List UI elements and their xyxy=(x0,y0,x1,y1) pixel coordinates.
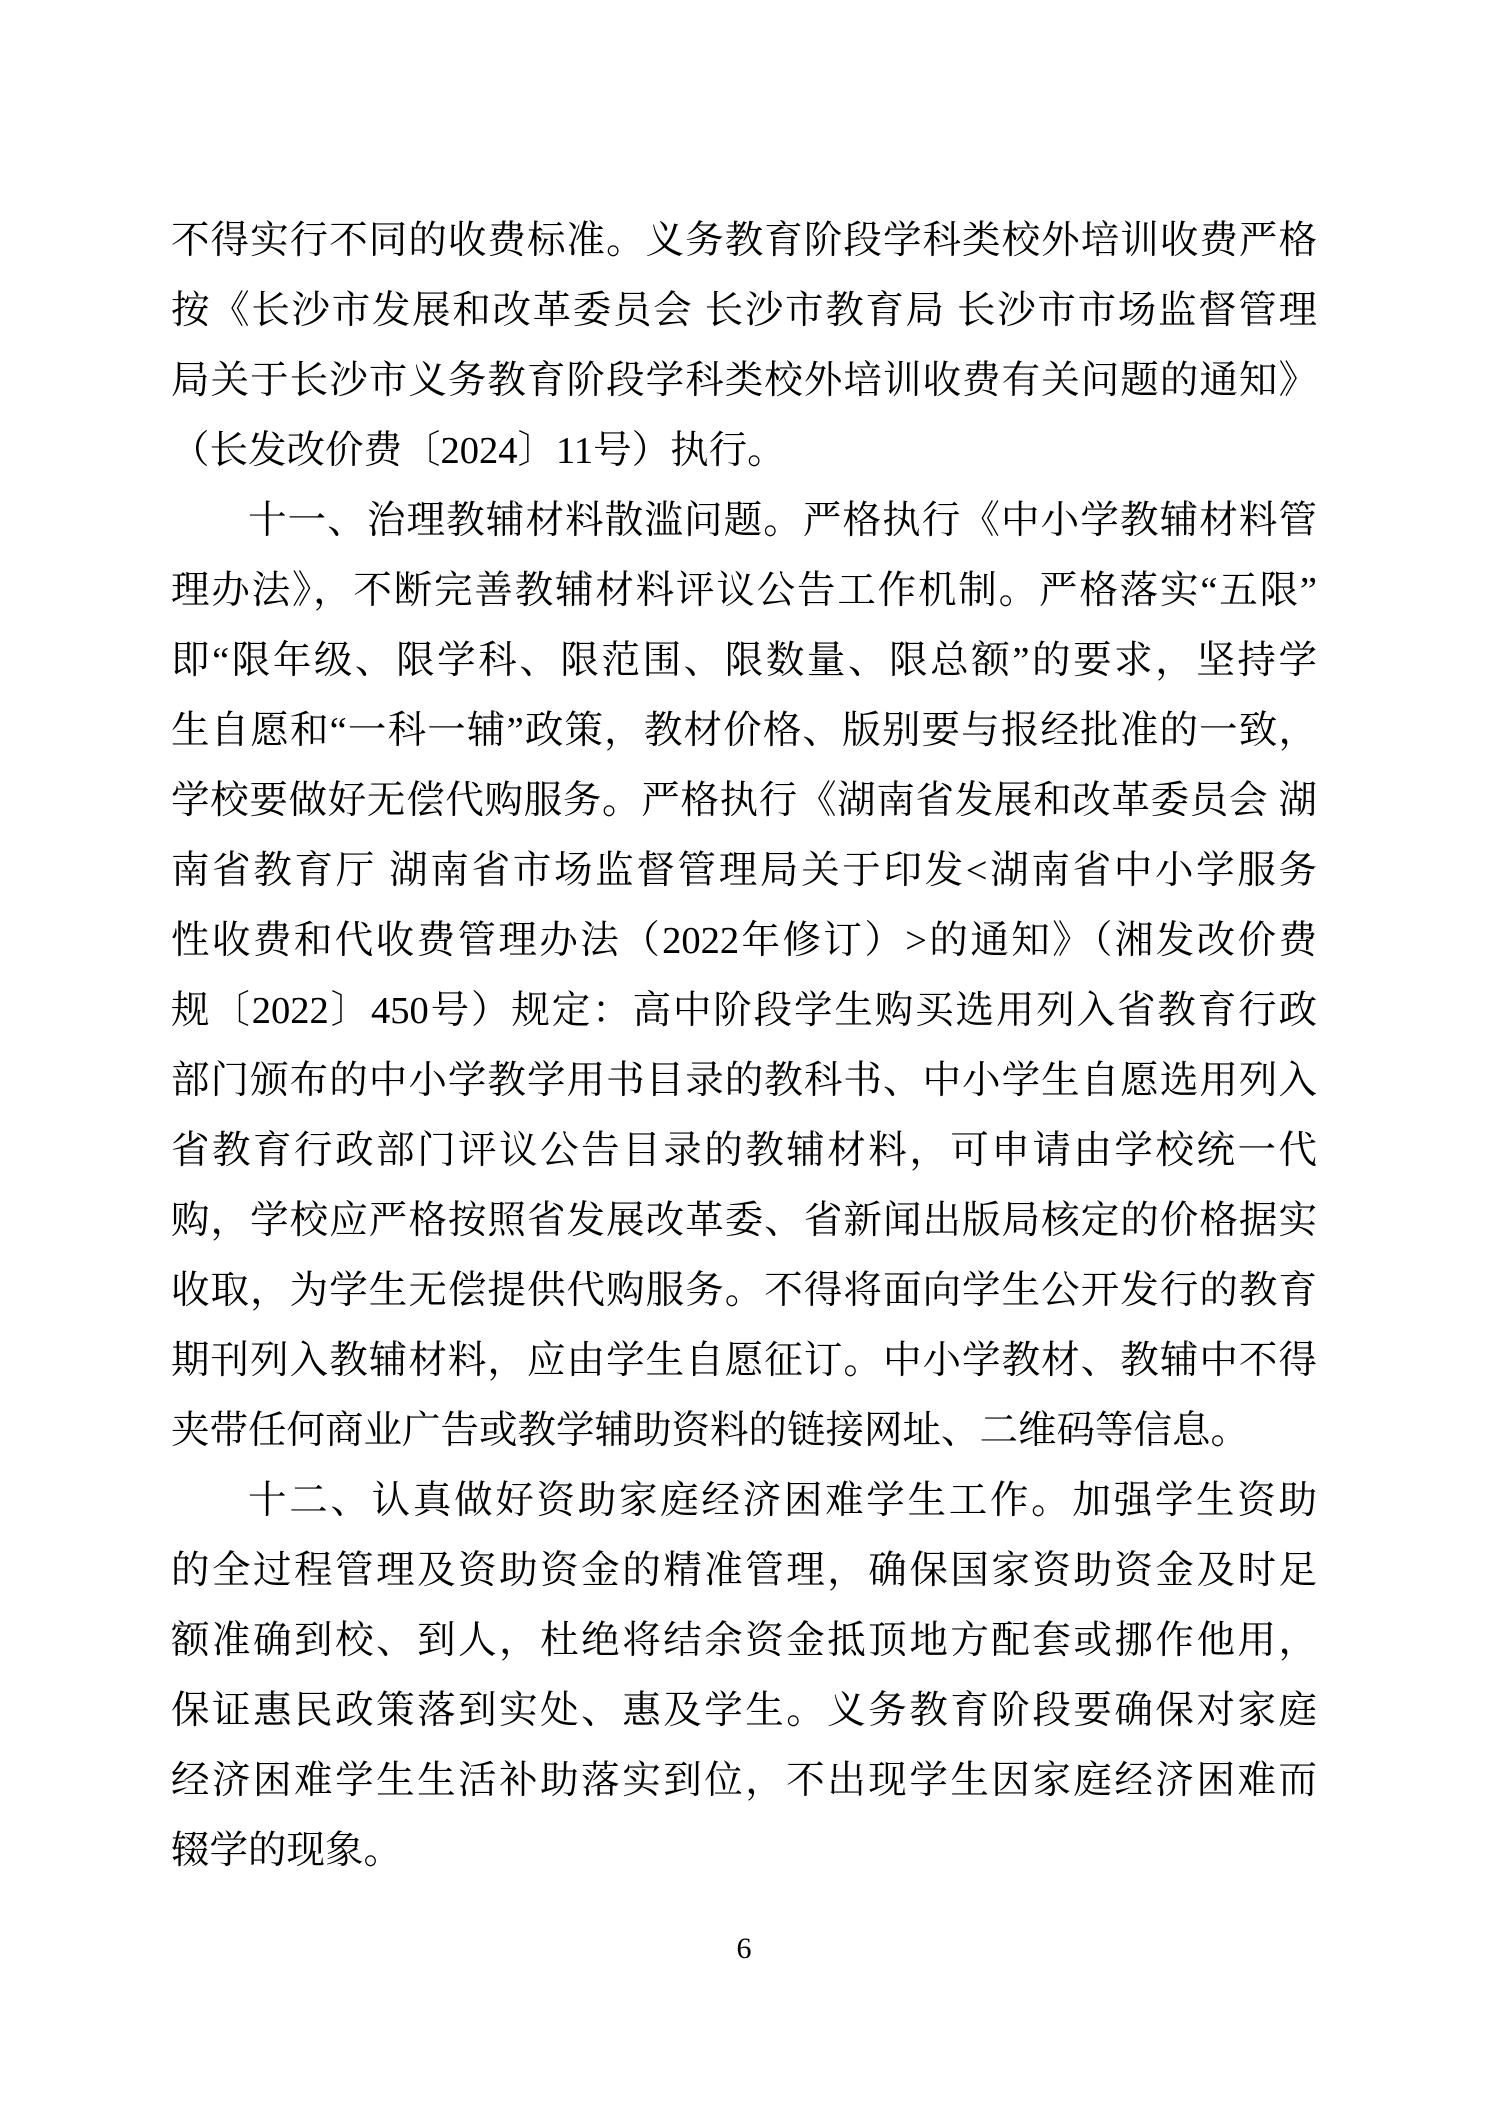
text-line: 部门颁布的中小学教学用书目录的教科书、中小学生自愿选用列入 xyxy=(171,1046,1317,1116)
text-line: 额准确到校、到人，杜绝将结余资金抵顶地方配套或挪作他用， xyxy=(171,1606,1317,1676)
document-page: 不得实行不同的收费标准。义务教育阶段学科类校外培训收费严格 按《长沙市发展和改革… xyxy=(0,0,1488,2104)
text-line: 保证惠民政策落到实处、惠及学生。义务教育阶段要确保对家庭 xyxy=(171,1676,1317,1746)
text-line: 规〔2022〕450号）规定：高中阶段学生购买选用列入省教育行政 xyxy=(171,976,1317,1046)
text-line: 夹带任何商业广告或教学辅助资料的链接网址、二维码等信息。 xyxy=(171,1396,1317,1466)
text-line: 学校要做好无偿代购服务。严格执行《湖南省发展和改革委员会 湖 xyxy=(171,766,1317,836)
text-line: （长发改价费〔2024〕11号）执行。 xyxy=(171,416,1317,486)
text-line: 辍学的现象。 xyxy=(171,1816,1317,1886)
text-line: 即“限年级、限学科、限范围、限数量、限总额”的要求，坚持学 xyxy=(171,626,1317,696)
text-line: 按《长沙市发展和改革委员会 长沙市教育局 长沙市市场监督管理 xyxy=(171,276,1317,346)
document-body: 不得实行不同的收费标准。义务教育阶段学科类校外培训收费严格 按《长沙市发展和改革… xyxy=(171,206,1317,1886)
text-line: 经济困难学生生活补助落实到位，不出现学生因家庭经济困难而 xyxy=(171,1746,1317,1816)
text-line: 十一、治理教辅材料散滥问题。严格执行《中小学教辅材料管 xyxy=(171,486,1317,556)
text-line: 性收费和代收费管理办法（2022年修订）>的通知》（湘发改价费 xyxy=(171,906,1317,976)
text-line: 局关于长沙市义务教育阶段学科类校外培训收费有关问题的通知》 xyxy=(171,346,1317,416)
text-line: 期刊列入教辅材料，应由学生自愿征订。中小学教材、教辅中不得 xyxy=(171,1326,1317,1396)
text-line: 收取，为学生无偿提供代购服务。不得将面向学生公开发行的教育 xyxy=(171,1256,1317,1326)
text-line: 生自愿和“一科一辅”政策，教材价格、版别要与报经批准的一致， xyxy=(171,696,1317,766)
text-line: 不得实行不同的收费标准。义务教育阶段学科类校外培训收费严格 xyxy=(171,206,1317,276)
text-line: 理办法》，不断完善教辅材料评议公告工作机制。严格落实“五限” xyxy=(171,556,1317,626)
page-number: 6 xyxy=(0,1933,1488,1965)
text-line: 南省教育厅 湖南省市场监督管理局关于印发<湖南省中小学服务 xyxy=(171,836,1317,906)
text-line: 购，学校应严格按照省发展改革委、省新闻出版局核定的价格据实 xyxy=(171,1186,1317,1256)
text-line: 十二、认真做好资助家庭经济困难学生工作。加强学生资助 xyxy=(171,1466,1317,1536)
text-line: 的全过程管理及资助资金的精准管理，确保国家资助资金及时足 xyxy=(171,1536,1317,1606)
text-line: 省教育行政部门评议公告目录的教辅材料，可申请由学校统一代 xyxy=(171,1116,1317,1186)
